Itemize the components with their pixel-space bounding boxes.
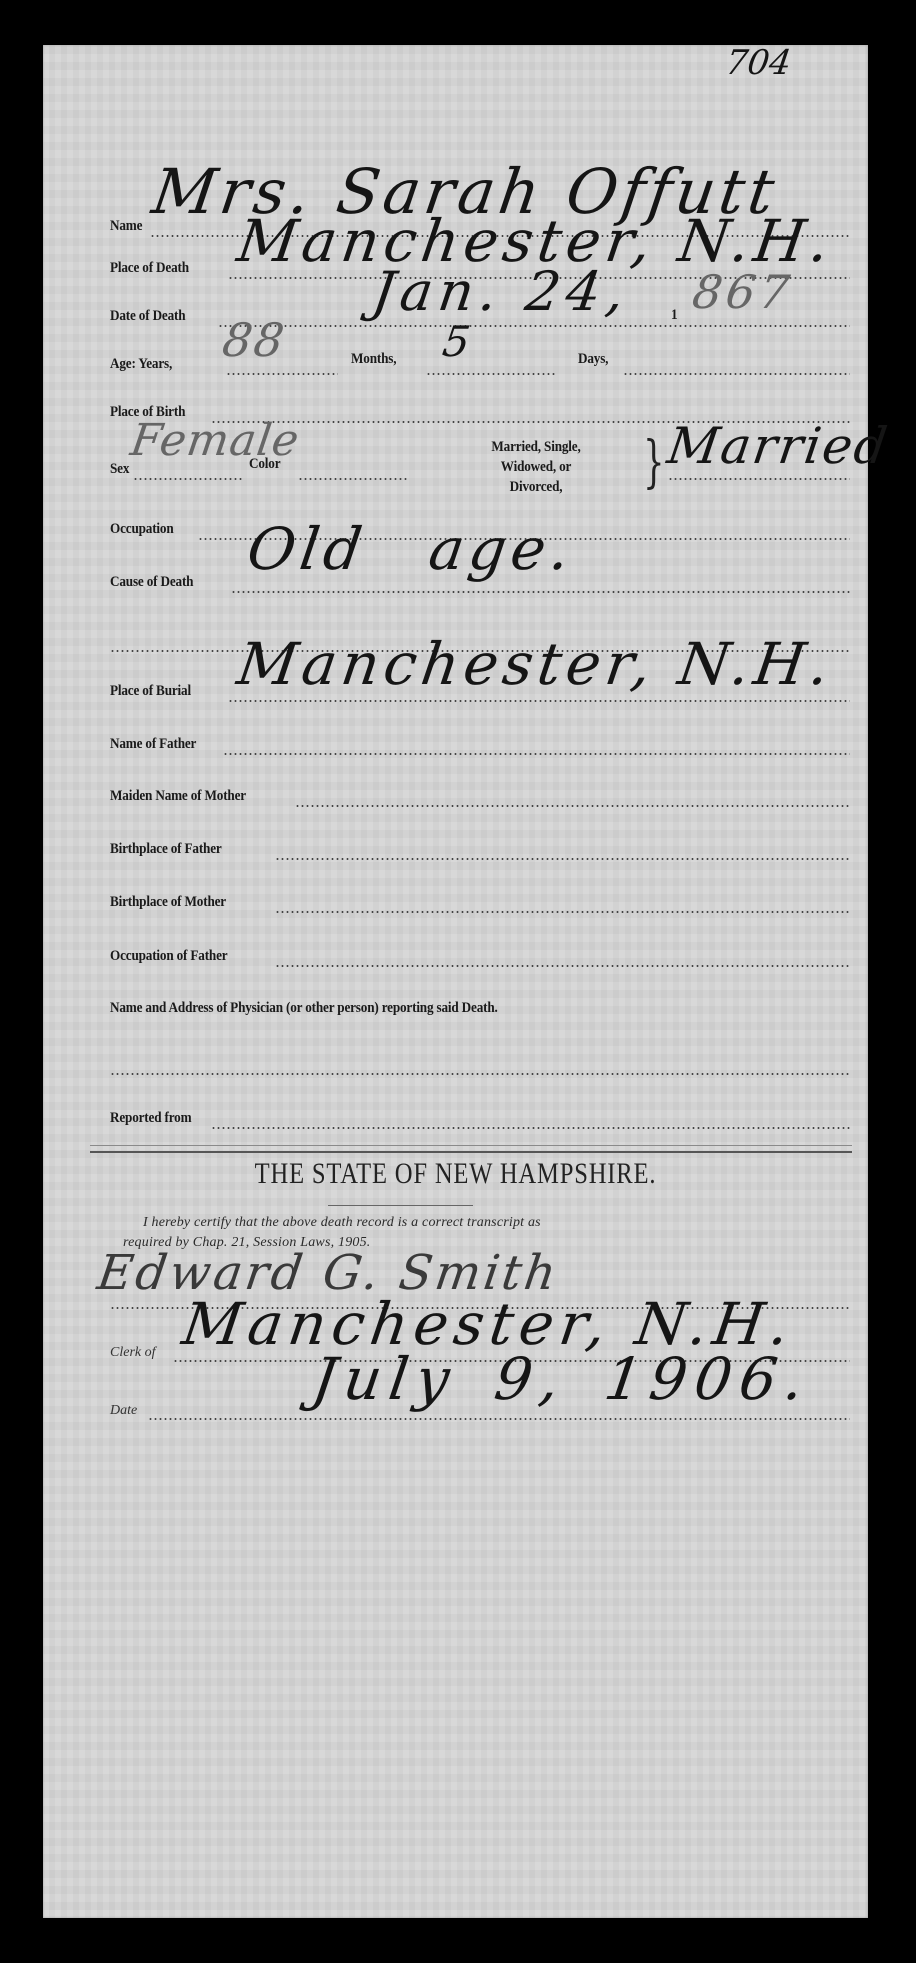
age-years-label: Age: Years, xyxy=(110,356,172,373)
certification-date-dotted-line xyxy=(148,1418,850,1420)
place-of-death-label: Place of Death xyxy=(110,260,189,277)
age-years-value: 88 xyxy=(219,313,289,367)
place-of-burial-value: Manchester, N.H. xyxy=(233,630,838,698)
physician-dotted-line xyxy=(110,1073,850,1075)
name-of-father-dotted-line xyxy=(223,753,850,755)
cause-of-death-value: Old age. xyxy=(243,515,579,583)
occupation-label: Occupation xyxy=(110,521,174,538)
marital-status-label-line2: Widowed, or xyxy=(444,457,629,477)
field-occupation: Occupation xyxy=(110,510,182,538)
date-of-death-label: Date of Death xyxy=(110,308,185,325)
divider-rule-top xyxy=(90,1145,852,1146)
place-of-burial-label: Place of Burial xyxy=(110,683,191,700)
birthplace-of-mother-dotted-line xyxy=(275,911,850,913)
field-birthplace-of-father: Birthplace of Father xyxy=(110,830,237,858)
marital-status-dotted-line xyxy=(668,478,850,480)
sex-dotted-line xyxy=(133,478,243,480)
field-date-of-death: Date of Death xyxy=(110,297,196,325)
state-heading: THE STATE OF NEW HAMPSHIRE. xyxy=(117,1157,794,1191)
birthplace-of-father-label: Birthplace of Father xyxy=(110,841,222,858)
certification-date-label: Date xyxy=(110,1403,137,1419)
color-dotted-line xyxy=(298,478,408,480)
marital-status-value: Married xyxy=(664,417,893,475)
reported-from-dotted-line xyxy=(211,1127,850,1129)
birthplace-of-mother-label: Birthplace of Mother xyxy=(110,894,226,911)
place-of-burial-dotted-line xyxy=(228,700,850,702)
age-months-dotted-line xyxy=(426,373,556,375)
field-name-of-father: Name of Father xyxy=(110,725,208,753)
maiden-name-of-mother-label: Maiden Name of Mother xyxy=(110,788,246,805)
name-of-father-label: Name of Father xyxy=(110,736,196,753)
field-maiden-name-of-mother: Maiden Name of Mother xyxy=(110,777,265,805)
physician-label: Name and Address of Physician (or other … xyxy=(110,1000,498,1017)
date-of-death-value: Jan. 24, xyxy=(369,260,635,323)
date-of-death-year-prefix: 1 xyxy=(671,307,677,324)
clerk-of-label: Clerk of xyxy=(110,1345,156,1361)
age-months-value: 5 xyxy=(440,317,476,366)
reported-from-label: Reported from xyxy=(110,1110,191,1127)
field-cause-of-death: Cause of Death xyxy=(110,563,205,591)
age-days-label: Days, xyxy=(578,351,608,368)
maiden-name-of-mother-dotted-line xyxy=(295,805,850,807)
age-days-dotted-line xyxy=(623,373,850,375)
field-occupation-of-father: Occupation of Father xyxy=(110,937,243,965)
marital-status-label: Married, Single, Widowed, or Divorced, xyxy=(431,437,641,497)
age-years-dotted-line xyxy=(226,373,338,375)
field-place-of-burial: Place of Burial xyxy=(110,672,202,700)
occupation-of-father-dotted-line xyxy=(275,965,850,967)
color-label: Color xyxy=(249,456,280,473)
marital-status-label-line1: Married, Single, xyxy=(444,437,629,457)
heading-underline xyxy=(328,1205,473,1206)
brace-icon: } xyxy=(643,435,664,491)
certification-date-value: July 9, 1906. xyxy=(308,1345,816,1413)
field-birthplace-of-mother: Birthplace of Mother xyxy=(110,883,242,911)
certification-text-line1: I hereby certify that the above death re… xyxy=(123,1215,843,1231)
field-physician: Name and Address of Physician (or other … xyxy=(110,989,551,1017)
field-age: Age: Years, xyxy=(110,345,181,373)
birthplace-of-father-dotted-line xyxy=(275,858,850,860)
field-reported-from: Reported from xyxy=(110,1099,203,1127)
marital-status-label-line3: Divorced, xyxy=(444,477,629,497)
sex-label: Sex xyxy=(110,461,129,478)
divider-rule-bottom xyxy=(90,1151,852,1153)
date-of-death-year-suffix: 867 xyxy=(689,265,796,319)
page-number: 704 xyxy=(723,43,794,83)
death-record-card: 704 Name Mrs. Sarah Offutt Place of Deat… xyxy=(43,45,868,1918)
field-name: Name xyxy=(110,207,147,235)
cause-of-death-dotted-line xyxy=(231,591,850,593)
cause-of-death-label: Cause of Death xyxy=(110,574,193,591)
name-label: Name xyxy=(110,218,142,235)
age-months-label: Months, xyxy=(351,351,396,368)
occupation-of-father-label: Occupation of Father xyxy=(110,948,227,965)
field-place-of-death: Place of Death xyxy=(110,249,200,277)
date-of-death-dotted-line xyxy=(218,325,850,327)
